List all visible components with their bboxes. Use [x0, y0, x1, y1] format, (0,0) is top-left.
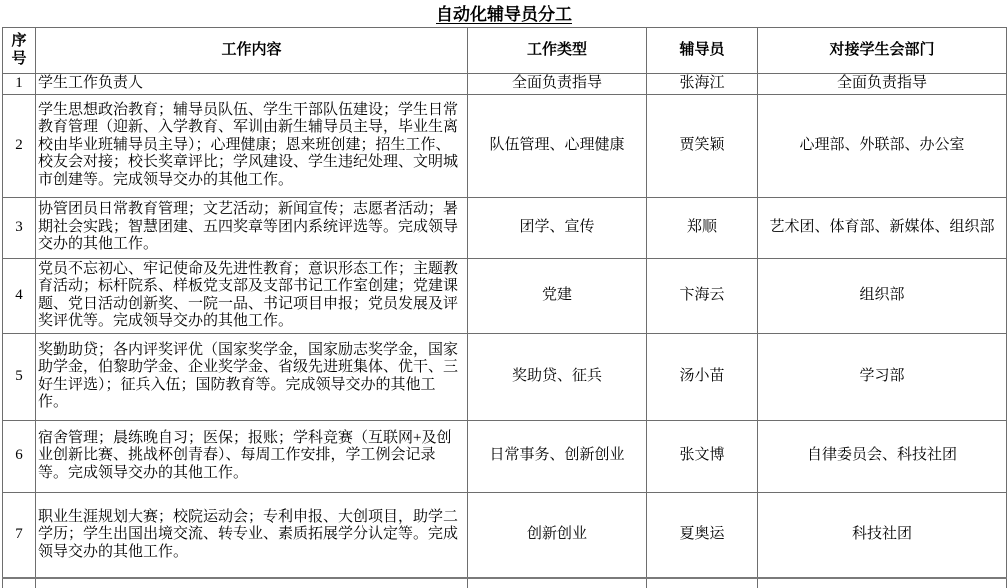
table-row: 4 党员不忘初心、牢记使命及先进性教育；意识形态工作；主题教育活动；标杆院系、样…	[3, 258, 1007, 333]
work-content-cell: 协管团员日常教育管理；文艺活动；新闻宣传；志愿者活动；暑期社会实践；智慧团建、五…	[36, 197, 468, 258]
counselor-cell: 张海江	[647, 74, 758, 95]
work-type-cell: 团学、宣传	[468, 197, 647, 258]
table-row-partial	[3, 578, 1007, 588]
counselor-cell: 贾笑颖	[647, 94, 758, 197]
counselor-cell: 汤小苗	[647, 333, 758, 420]
counselor-cell: 郑顺	[647, 197, 758, 258]
table-row: 1 学生工作负责人 全面负责指导 张海江 全面负责指导	[3, 74, 1007, 95]
work-type-cell: 党建	[468, 258, 647, 333]
department-cell: 科技社团	[758, 492, 1007, 578]
work-content-cell: 党员不忘初心、牢记使命及先进性教育；意识形态工作；主题教育活动；标杆院系、样板党…	[36, 258, 468, 333]
work-content-cell: 宿舍管理；晨练晚自习；医保；报账；学科竞赛（互联网+及创业创新比赛、挑战杯创青春…	[36, 420, 468, 492]
column-header-counselor: 辅导员	[647, 28, 758, 74]
table-row: 2 学生思想政治教育；辅导员队伍、学生干部队伍建设；学生日常教育管理（迎新、入学…	[3, 94, 1007, 197]
department-cell: 全面负责指导	[758, 74, 1007, 95]
work-type-cell: 队伍管理、心理健康	[468, 94, 647, 197]
row-number-cell: 3	[3, 197, 36, 258]
department-cell: 学习部	[758, 333, 1007, 420]
work-type-cell: 创新创业	[468, 492, 647, 578]
department-cell: 心理部、外联部、办公室	[758, 94, 1007, 197]
department-cell: 组织部	[758, 258, 1007, 333]
work-content-cell: 职业生涯规划大赛；校院运动会；专利申报、大创项目，助学二学历；学生出国出境交流、…	[36, 492, 468, 578]
work-type-cell: 日常事务、创新创业	[468, 420, 647, 492]
row-number-cell: 4	[3, 258, 36, 333]
header-row: 序号 工作内容 工作类型 辅导员 对接学生会部门	[3, 28, 1007, 74]
table-row: 7 职业生涯规划大赛；校院运动会；专利申报、大创项目，助学二学历；学生出国出境交…	[3, 492, 1007, 578]
column-header-type: 工作类型	[468, 28, 647, 74]
work-content-cell: 学生工作负责人	[36, 74, 468, 95]
row-number-cell: 1	[3, 74, 36, 95]
row-number-cell	[3, 578, 36, 588]
work-content-cell: 奖勤助贷；各内评奖评优（国家奖学金，国家励志奖学金，国家助学金，伯黎助学金、企业…	[36, 333, 468, 420]
department-cell: 自律委员会、科技社团	[758, 420, 1007, 492]
counselor-cell: 卞海云	[647, 258, 758, 333]
table-row: 6 宿舍管理；晨练晚自习；医保；报账；学科竞赛（互联网+及创业创新比赛、挑战杯创…	[3, 420, 1007, 492]
counselor-cell: 张文博	[647, 420, 758, 492]
column-header-department: 对接学生会部门	[758, 28, 1007, 74]
counselor-cell: 夏奥运	[647, 492, 758, 578]
row-number-cell: 5	[3, 333, 36, 420]
counselor-cell	[647, 578, 758, 588]
work-division-table: 序号 工作内容 工作类型 辅导员 对接学生会部门 1 学生工作负责人 全面负责指…	[2, 27, 1007, 588]
work-type-cell	[468, 578, 647, 588]
work-content-cell: 学生思想政治教育；辅导员队伍、学生干部队伍建设；学生日常教育管理（迎新、入学教育…	[36, 94, 468, 197]
work-type-cell: 奖助贷、征兵	[468, 333, 647, 420]
department-cell: 艺术团、体育部、新媒体、组织部	[758, 197, 1007, 258]
row-number-cell: 7	[3, 492, 36, 578]
column-header-num: 序号	[3, 28, 36, 74]
row-number-cell: 6	[3, 420, 36, 492]
department-cell	[758, 578, 1007, 588]
page-title: 自动化辅导员分工	[0, 0, 1008, 27]
table-row: 3 协管团员日常教育管理；文艺活动；新闻宣传；志愿者活动；暑期社会实践；智慧团建…	[3, 197, 1007, 258]
work-content-cell	[36, 578, 468, 588]
table-row: 5 奖勤助贷；各内评奖评优（国家奖学金，国家励志奖学金，国家助学金，伯黎助学金、…	[3, 333, 1007, 420]
work-type-cell: 全面负责指导	[468, 74, 647, 95]
column-header-content: 工作内容	[36, 28, 468, 74]
row-number-cell: 2	[3, 94, 36, 197]
